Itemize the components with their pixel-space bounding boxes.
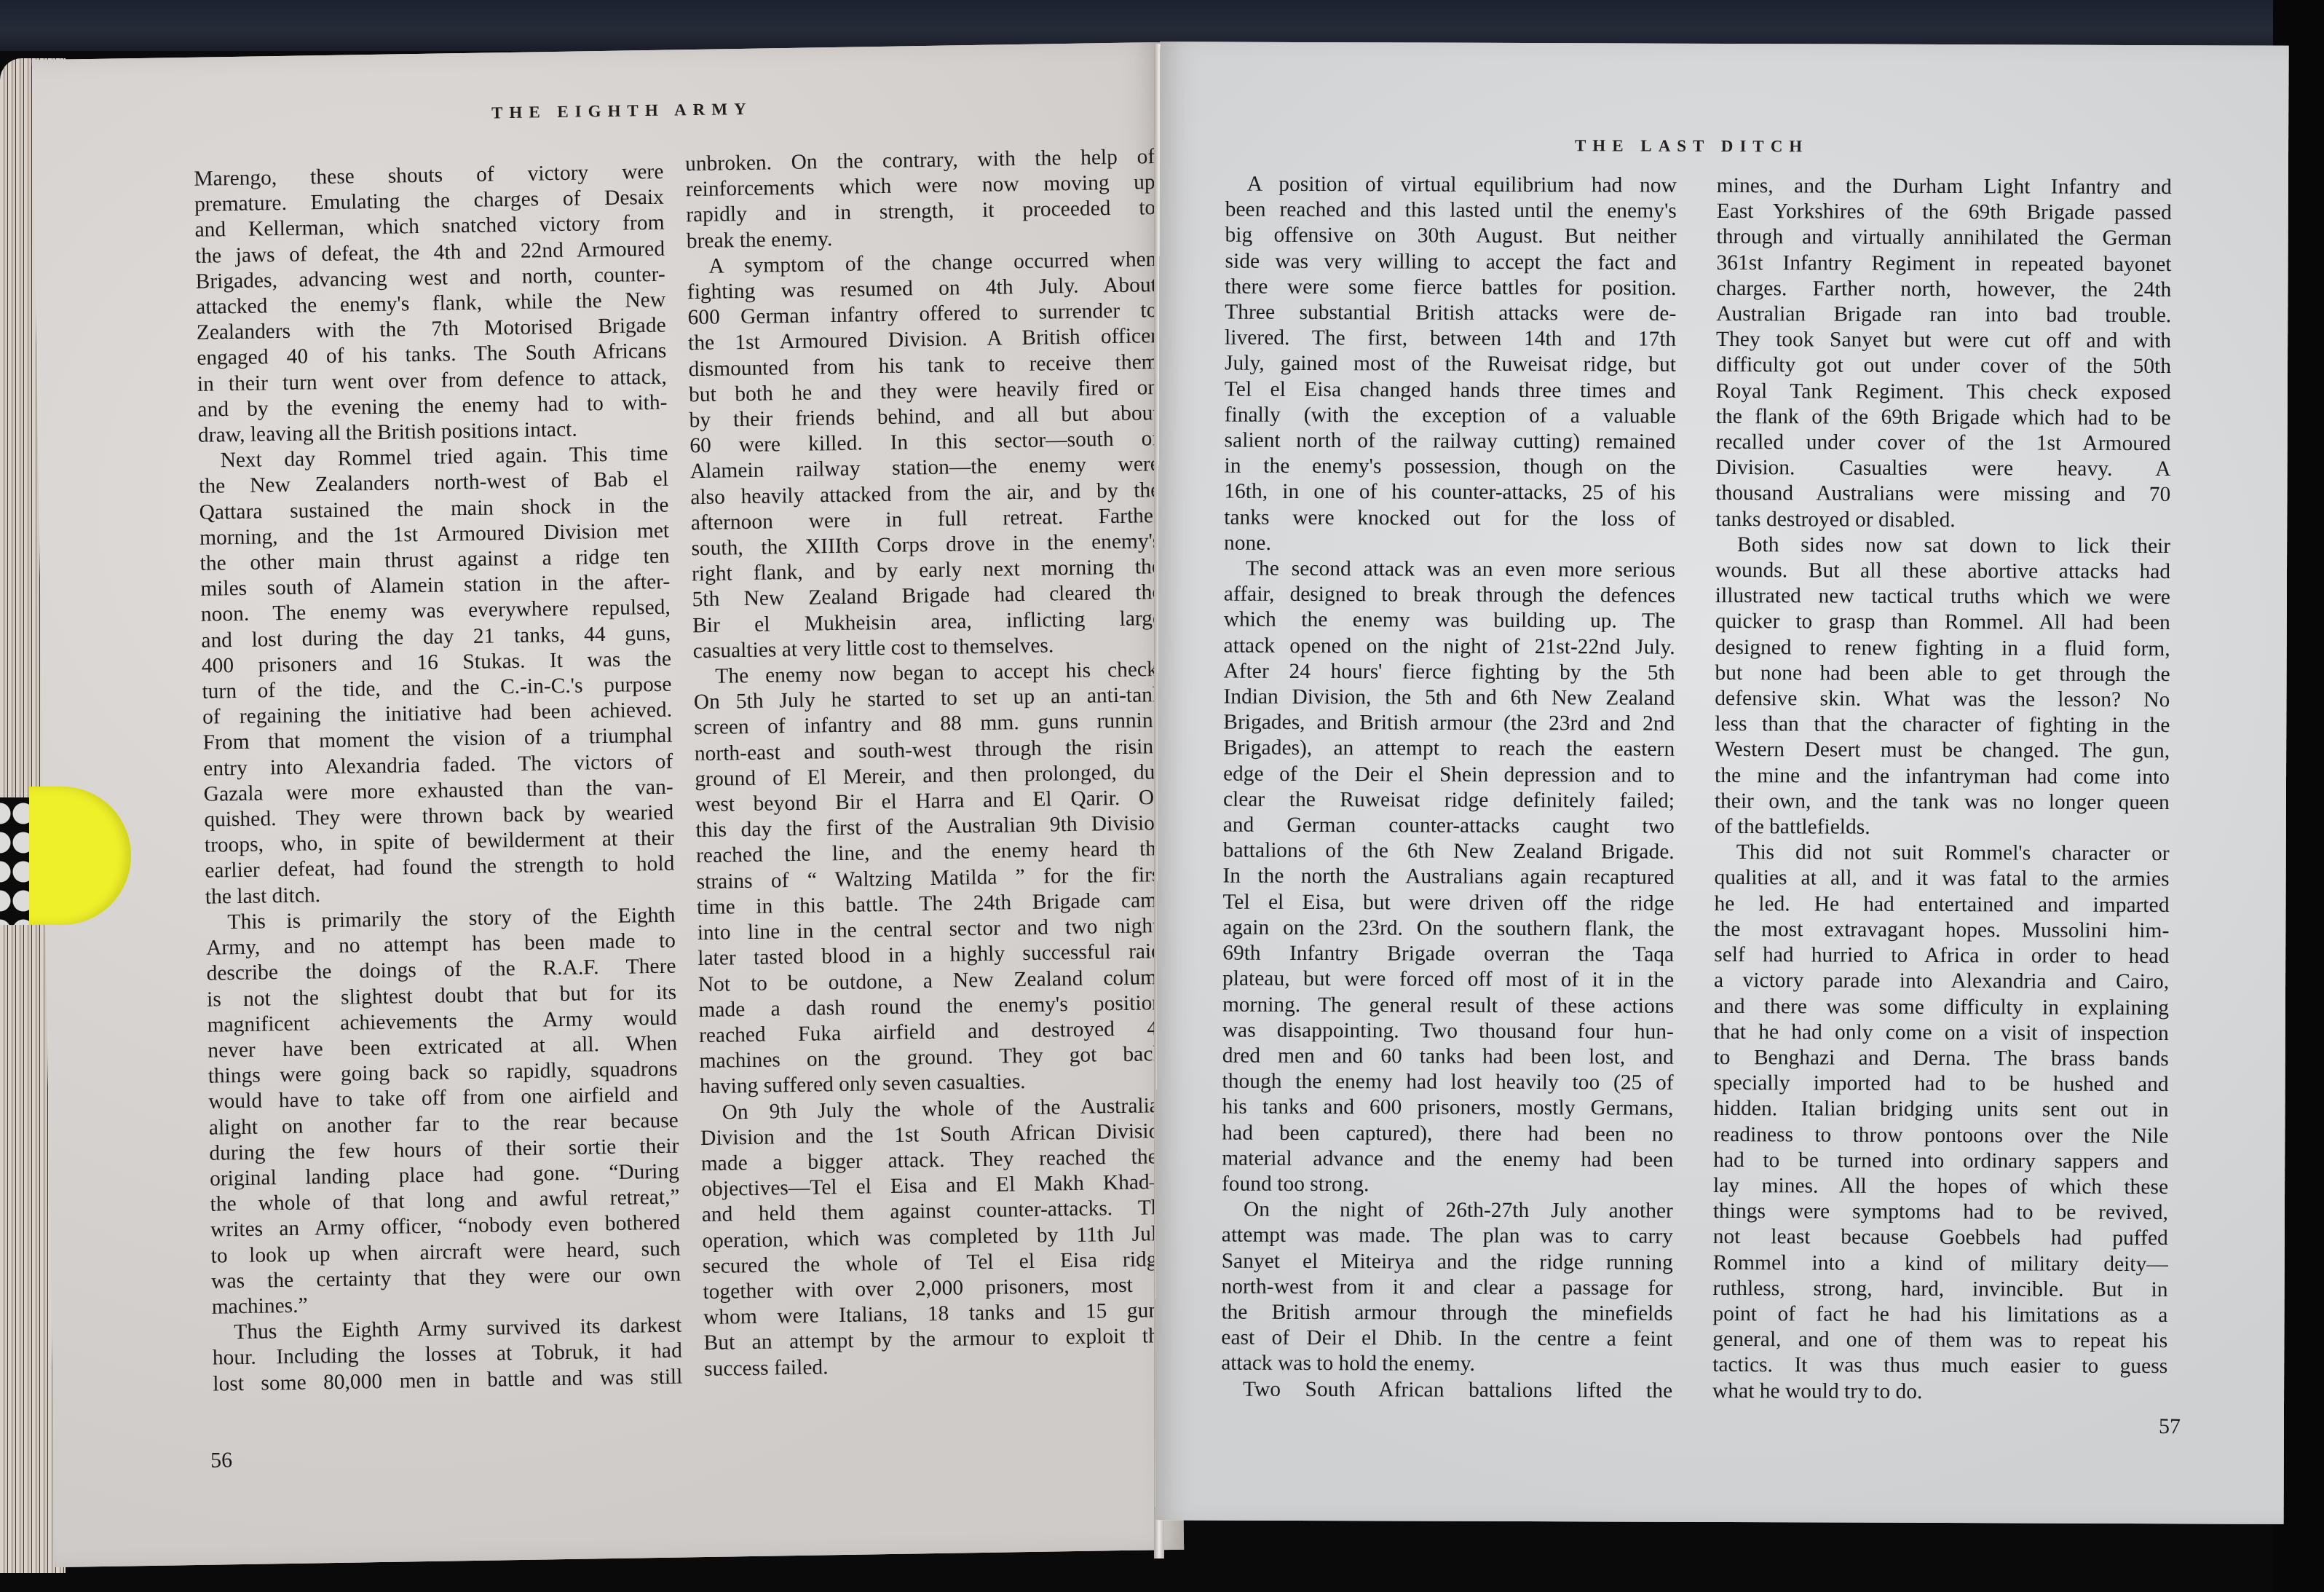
text-line: plateau, but were forced off most of it … bbox=[1222, 966, 1674, 993]
text-line: qualities at all, and it was fatal to th… bbox=[1714, 865, 2169, 892]
text-line: charges. Farther north, however, the 24t… bbox=[1716, 276, 2171, 303]
right-page-column-2: mines, and the Durham Light Infantry and… bbox=[1712, 173, 2172, 1406]
text-line: their own, and the tank was no longer qu… bbox=[1715, 789, 2170, 816]
text-line: east of Deir el Dhib. In the centre a fe… bbox=[1221, 1325, 1672, 1352]
text-line: tanks destroyed or disabled. bbox=[1715, 507, 2170, 534]
text-line: lay mines. All the hopes of which these bbox=[1713, 1173, 2168, 1200]
text-line: East Yorkshires of the 69th Brigade pass… bbox=[1717, 199, 2172, 226]
text-line: was disappointing. Two thousand four hun… bbox=[1222, 1017, 1674, 1044]
text-line: attempt was made. The plan was to carry bbox=[1222, 1223, 1673, 1250]
text-line: A position of virtual equilibrium had no… bbox=[1225, 172, 1677, 199]
running-head-right: THE LAST DITCH bbox=[1575, 136, 1809, 156]
left-page-column-1: Marengo, these shouts of victory werepre… bbox=[194, 159, 682, 1398]
text-line: Both sides now sat down to lick their bbox=[1715, 532, 2170, 559]
text-line: morning. The general result of these act… bbox=[1222, 992, 1674, 1019]
text-line: the flank of the 69th Brigade which had … bbox=[1716, 404, 2171, 431]
text-line: things were symptoms had to be revived, bbox=[1713, 1199, 2168, 1226]
text-line: of the battlefields. bbox=[1715, 814, 2170, 841]
text-line: through and virtually annihilated the Ge… bbox=[1717, 224, 2172, 251]
text-line: his tanks and 600 prisoners, mostly Germ… bbox=[1222, 1095, 1673, 1122]
text-line: Royal Tank Regiment. This check exposed bbox=[1716, 379, 2171, 406]
text-line: to Benghazi and Derna. The brass bands bbox=[1714, 1045, 2169, 1072]
text-line: Brigades, and British armour (the 23rd a… bbox=[1223, 710, 1675, 737]
text-line: battalions of the 6th New Zealand Brigad… bbox=[1223, 838, 1675, 865]
text-line: self had hurried to Africa in order to h… bbox=[1714, 942, 2169, 969]
text-line: not least because Goebbels had puffed bbox=[1713, 1224, 2168, 1251]
text-line: designed to renew fighting in a fluid fo… bbox=[1715, 635, 2170, 662]
text-line: a victory parade into Alexandria and Cai… bbox=[1714, 968, 2169, 995]
text-line: mines, and the Durham Light Infantry and bbox=[1717, 173, 2172, 200]
text-line: quicker to grasp than Rommel. All had be… bbox=[1715, 609, 2170, 636]
text-line: again on the 23rd. On the southern flank… bbox=[1222, 915, 1674, 942]
text-line: difficulty got out under cover of the 50… bbox=[1716, 352, 2171, 379]
text-line: though the enemy had lost heavily too (2… bbox=[1222, 1069, 1674, 1096]
bookmark-clip[interactable] bbox=[0, 779, 138, 925]
text-line: tactics. It was thus much easier to gues… bbox=[1712, 1352, 2167, 1379]
page-number-left: 56 bbox=[210, 1448, 233, 1473]
text-line: and German counter-attacks caught two bbox=[1223, 813, 1675, 840]
text-line: readiness to throw pontoons over the Nil… bbox=[1713, 1122, 2168, 1148]
text-line: 361st Infantry Regiment in repeated bayo… bbox=[1716, 251, 2171, 277]
text-line: salient north of the railway cutting) re… bbox=[1225, 428, 1676, 455]
text-line: This did not suit Rommel's character or bbox=[1715, 840, 2170, 867]
text-line: specially imported had to be hushed and bbox=[1713, 1071, 2168, 1098]
text-line: defensive skin. What was the lesson? No bbox=[1715, 686, 2170, 713]
running-head-left: THE EIGHTH ARMY bbox=[491, 100, 753, 123]
text-line: less than that the character of fighting… bbox=[1715, 712, 2170, 738]
bookmark-yellow-tab bbox=[29, 787, 131, 925]
text-line: hidden. Italian bridging units sent out … bbox=[1713, 1096, 2168, 1123]
text-line: the mine and the infantryman had come in… bbox=[1715, 763, 2170, 790]
text-line: none. bbox=[1224, 530, 1675, 557]
text-line: edge of the Deir el Shein depression and… bbox=[1223, 761, 1675, 788]
text-line: material advance and the enemy had been bbox=[1222, 1146, 1673, 1173]
text-line: big offensive on 30th August. But neithe… bbox=[1225, 223, 1677, 250]
text-line: July, gained most of the Ruweisat ridge,… bbox=[1225, 351, 1676, 378]
text-line: Sanyet el Miteirya and the ridge running bbox=[1222, 1248, 1673, 1275]
text-line: affair, designed to break through the de… bbox=[1224, 582, 1675, 609]
text-line: Indian Division, the 5th and 6th New Zea… bbox=[1223, 685, 1675, 712]
text-line: recalled under cover of the 1st Armoured bbox=[1716, 430, 2171, 457]
text-line: The second attack was an even more serio… bbox=[1224, 556, 1675, 583]
text-line: wounds. But all these abortive attacks h… bbox=[1715, 558, 2170, 585]
left-page-column-2: unbroken. On the contrary, with the help… bbox=[685, 144, 1174, 1382]
text-line: livered. The first, between 14th and 17t… bbox=[1225, 326, 1676, 352]
text-line: ruthless, strong, hard, invincible. But … bbox=[1713, 1276, 2168, 1303]
text-line: there were some fierce battles for posit… bbox=[1225, 274, 1676, 301]
text-line: been reached and this lasted until the e… bbox=[1225, 197, 1677, 224]
text-line: Division. Casualties were heavy. A bbox=[1715, 455, 2170, 482]
text-line: On the night of 26th-27th July another bbox=[1222, 1197, 1673, 1224]
text-line: After 24 hours' fierce fighting by the 5… bbox=[1223, 658, 1675, 685]
text-line: clear the Ruweisat ridge definitely fail… bbox=[1223, 787, 1675, 813]
text-line: north-west from it and clear a passage f… bbox=[1222, 1274, 1673, 1301]
text-line: in the enemy's possession, though on the bbox=[1224, 454, 1675, 481]
text-line: which the enemy was building up. The bbox=[1224, 607, 1675, 634]
text-line: but none had been able to get through th… bbox=[1715, 661, 2170, 687]
text-line: point of fact he had his limitations as … bbox=[1712, 1301, 2167, 1328]
page-number-right: 57 bbox=[2159, 1414, 2181, 1439]
text-line: side was very willing to accept the fact… bbox=[1225, 248, 1676, 275]
text-line: Western Desert must be changed. The gun, bbox=[1715, 737, 2170, 764]
text-line: illustrated new tactical truths which we… bbox=[1715, 583, 2170, 610]
text-line: Tel el Eisa, but were driven off the rid… bbox=[1222, 889, 1674, 916]
text-line: found too strong. bbox=[1222, 1172, 1673, 1199]
text-line: the British armour through the minefield… bbox=[1221, 1300, 1672, 1327]
text-line: that he had only come on a visit of insp… bbox=[1714, 1020, 2169, 1047]
text-line: general, and one of them was to repeat h… bbox=[1712, 1327, 2167, 1354]
text-line: had been captured), there had been no bbox=[1222, 1120, 1673, 1147]
text-line: Three substantial British attacks were d… bbox=[1225, 300, 1676, 327]
text-line: thousand Australians were missing and 70 bbox=[1715, 481, 2170, 508]
right-page: THE LAST DITCH A position of virtual equ… bbox=[1155, 42, 2288, 1524]
text-line: the most extravagant hopes. Mussolini hi… bbox=[1714, 917, 2169, 944]
left-page: THE EIGHTH ARMY Marengo, these shouts of… bbox=[32, 42, 1184, 1567]
text-line: In the north the Australians again recap… bbox=[1222, 864, 1674, 891]
text-line: finally (with the exception of a valuabl… bbox=[1225, 402, 1676, 429]
text-line: 69th Infantry Brigade overran the Taqa bbox=[1222, 941, 1674, 968]
text-line: They took Sanyet but were cut off and wi… bbox=[1716, 327, 2171, 354]
text-line: he led. He had entertained and imparted bbox=[1714, 891, 2169, 918]
text-line: 16th, in one of his counter-attacks, 25 … bbox=[1224, 479, 1675, 506]
text-line: and there was some difficulty in explain… bbox=[1714, 993, 2169, 1020]
text-line: what he would try to do. bbox=[1712, 1379, 2167, 1406]
text-line: tanks were knocked out for the loss of bbox=[1224, 505, 1675, 532]
right-page-column-1: A position of virtual equilibrium had no… bbox=[1221, 172, 1677, 1404]
text-line: had to be turned into ordinary sappers a… bbox=[1713, 1148, 2168, 1175]
text-line: attack opened on the night of 21st-22nd … bbox=[1224, 633, 1675, 660]
text-line: Rommel into a kind of military deity— bbox=[1713, 1250, 2168, 1277]
text-line: Brigades), an attempt to reach the easte… bbox=[1223, 736, 1675, 762]
text-line: attack was to hold the enemy. bbox=[1221, 1351, 1672, 1378]
text-line: Australian Brigade ran into bad trouble. bbox=[1716, 302, 2171, 328]
text-line: Tel el Eisa changed hands three times an… bbox=[1225, 377, 1676, 403]
text-line: Two South African battalions lifted the bbox=[1221, 1376, 1672, 1403]
text-line: dred men and 60 tanks had been lost, and bbox=[1222, 1044, 1674, 1071]
